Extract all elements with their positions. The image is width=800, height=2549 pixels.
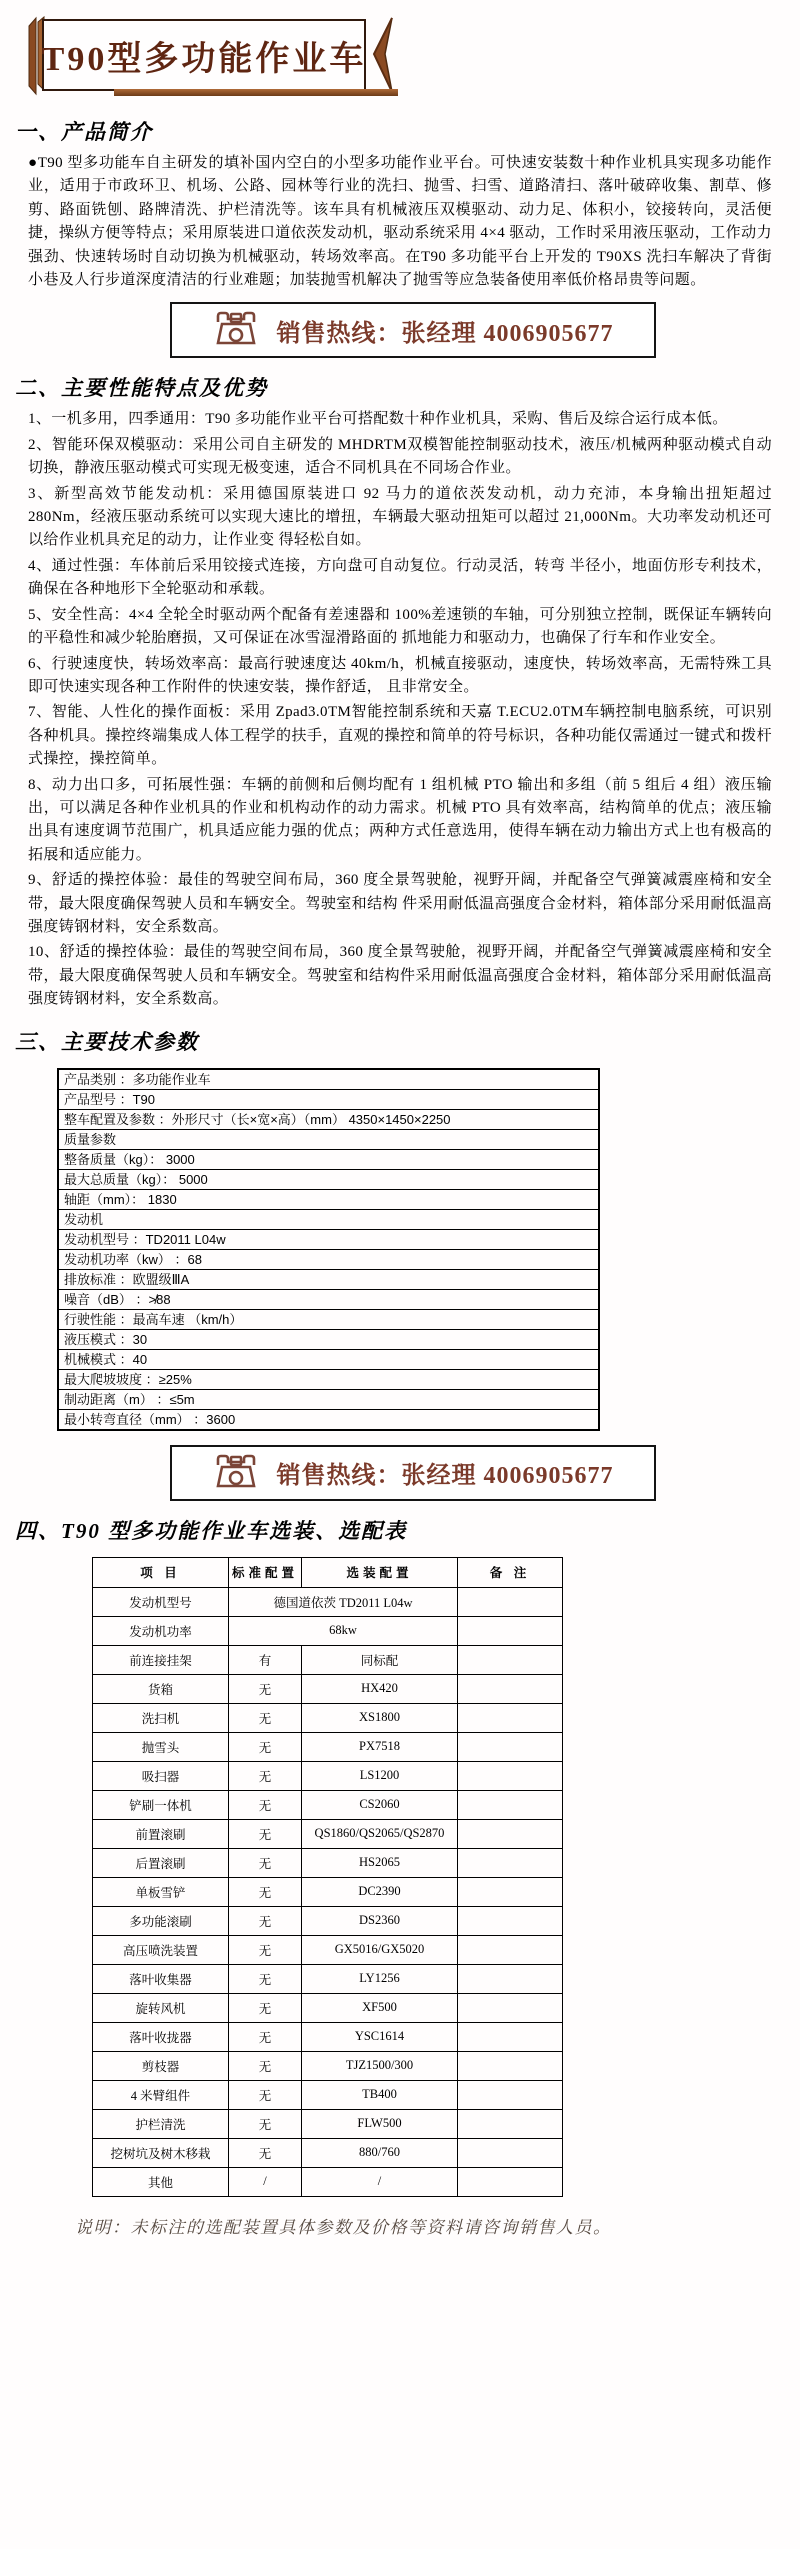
option-row: 吸扫器无LS1200	[93, 1761, 563, 1790]
spec-row: 整车配置及参数 ：外形尺寸（长×宽×高）（mm） 4350×1450×2250	[58, 1109, 599, 1129]
spec-row: 质量参数	[58, 1129, 599, 1149]
option-row: 高压喷洗装置无GX5016/GX5020	[93, 1935, 563, 1964]
feature-item: 3、新型高效节能发动机：采用德国原装进口 92 马力的道依茨发动机，动力充沛，本…	[28, 483, 772, 553]
option-row: 洗扫机无XS1800	[93, 1703, 563, 1732]
option-row: 抛雪头无PX7518	[93, 1732, 563, 1761]
section-heading-options: 四、T90 型多功能作业车选装、选配表	[15, 1515, 800, 1545]
option-row: 其他//	[93, 2167, 563, 2196]
option-row: 后置滚刷无HS2065	[93, 1848, 563, 1877]
footer-note: 说明：未标注的选配装置具体参数及价格等资料请咨询销售人员。	[75, 2213, 800, 2238]
option-table-header: 项 目 标准配置 选装配置 备 注	[93, 1557, 563, 1587]
feature-item: 8、动力出口多，可拓展性强：车辆的前侧和后侧均配有 1 组机械 PTO 输出和多…	[28, 774, 772, 868]
option-row: 发动机型号 德国道依茨 TD2011 L04w	[93, 1587, 563, 1616]
spec-row: 发动机型号 ：TD2011 L04w	[58, 1229, 599, 1249]
rotary-phone-icon	[213, 1452, 259, 1494]
feature-item: 7、智能、人性化的操作面板：采用 Zpad3.0TM智能控制系统和天嘉 T.EC…	[28, 701, 772, 771]
spec-row: 制动距离（m） ：≤5m	[58, 1389, 599, 1409]
spec-row: 最大爬坡坡度 ：≥25%	[58, 1369, 599, 1389]
banner-shadow-bar	[114, 89, 398, 96]
spec-row: 轴距（mm）： 1830	[58, 1189, 599, 1209]
intro-paragraph: ●T90 型多功能车自主研发的填补国内空白的小型多功能作业平台。可快速安装数十种…	[28, 152, 772, 292]
page-title: T90型多功能作业车	[42, 31, 367, 80]
spec-row: 噪音（dB） ：≯88	[58, 1289, 599, 1309]
section-heading-intro: 一、产品简介	[15, 116, 800, 146]
title-banner: T90型多功能作业车	[26, 16, 394, 102]
spec-row: 最小转弯直径（mm） ：3600	[58, 1409, 599, 1430]
hotline-box: 销售热线：张经理 4006905677	[170, 1445, 656, 1501]
hotline-box: 销售热线：张经理 4006905677	[170, 302, 656, 358]
feature-item: 9、舒适的操控体验：最佳的驾驶空间布局，360 度全景驾驶舱，视野开阔，并配备空…	[28, 869, 772, 939]
hotline-text: 销售热线：张经理 4006905677	[277, 313, 614, 348]
spec-row: 整备质量（kg）： 3000	[58, 1149, 599, 1169]
feature-item: 6、行驶速度快，转场效率高：最高行驶速度达 40km/h，机械直接驱动，速度快，…	[28, 653, 772, 700]
spec-row: 最大总质量（kg）： 5000	[58, 1169, 599, 1189]
option-row: 护栏清洗无FLW500	[93, 2109, 563, 2138]
option-row: 落叶收拢器无YSC1614	[93, 2022, 563, 2051]
option-row: 多功能滚刷无DS2360	[93, 1906, 563, 1935]
feature-item: 2、智能环保双模驱动：采用公司自主研发的 MHDRTM双模智能控制驱动技术，液压…	[28, 434, 772, 481]
option-row: 货箱无HX420	[93, 1674, 563, 1703]
option-row: 前置滚刷无QS1860/QS2065/QS2870	[93, 1819, 563, 1848]
spec-row: 产品型号 ：T90	[58, 1089, 599, 1109]
section-heading-features: 二、主要性能特点及优势	[15, 372, 800, 402]
option-table: 项 目 标准配置 选装配置 备 注 发动机型号 德国道依茨 TD2011 L04…	[92, 1557, 563, 2197]
option-row: 4 米臂组件无TB400	[93, 2080, 563, 2109]
option-row: 旋转风机无XF500	[93, 1993, 563, 2022]
spec-row: 发动机功率（kw） ：68	[58, 1249, 599, 1269]
feature-item: 4、通过性强：车体前后采用铰接式连接，方向盘可自动复位。行动灵活，转弯 半径小，…	[28, 555, 772, 602]
spec-row: 机械模式 ：40	[58, 1349, 599, 1369]
option-row: 挖树坑及树木移栽无880/760	[93, 2138, 563, 2167]
banner-box: T90型多功能作业车	[42, 19, 366, 91]
option-row: 剪枝器无TJZ1500/300	[93, 2051, 563, 2080]
feature-item: 1、一机多用，四季通用：T90 多功能作业平台可搭配数十种作业机具，采购、售后及…	[28, 408, 772, 431]
spec-row: 行驶性能 ：最高车速 （km/h）	[58, 1309, 599, 1329]
spec-row: 产品类别 ：多功能作业车	[58, 1069, 599, 1090]
spec-row: 排放标准 ：欧盟级ⅢA	[58, 1269, 599, 1289]
rotary-phone-icon	[213, 309, 259, 351]
spec-table: 产品类别 ：多功能作业车 产品型号 ：T90 整车配置及参数 ：外形尺寸（长×宽…	[57, 1068, 600, 1431]
spec-row: 发动机	[58, 1209, 599, 1229]
option-row: 前连接挂架有同标配	[93, 1645, 563, 1674]
hotline-text: 销售热线：张经理 4006905677	[277, 1455, 614, 1490]
option-row: 单板雪铲无DC2390	[93, 1877, 563, 1906]
option-row: 发动机功率 68kw	[93, 1616, 563, 1645]
option-row: 落叶收集器无LY1256	[93, 1964, 563, 1993]
feature-item: 5、安全性高：4×4 全轮全时驱动两个配备有差速器和 100%差速锁的车轴，可分…	[28, 604, 772, 651]
spec-row: 液压模式 ：30	[58, 1329, 599, 1349]
feature-item: 10、舒适的操控体验：最佳的驾驶空间布局，360 度全景驾驶舱，视野开阔，并配备…	[28, 941, 772, 1011]
option-row: 铲刷一体机无CS2060	[93, 1790, 563, 1819]
section-heading-specs: 三、主要技术参数	[15, 1026, 800, 1056]
